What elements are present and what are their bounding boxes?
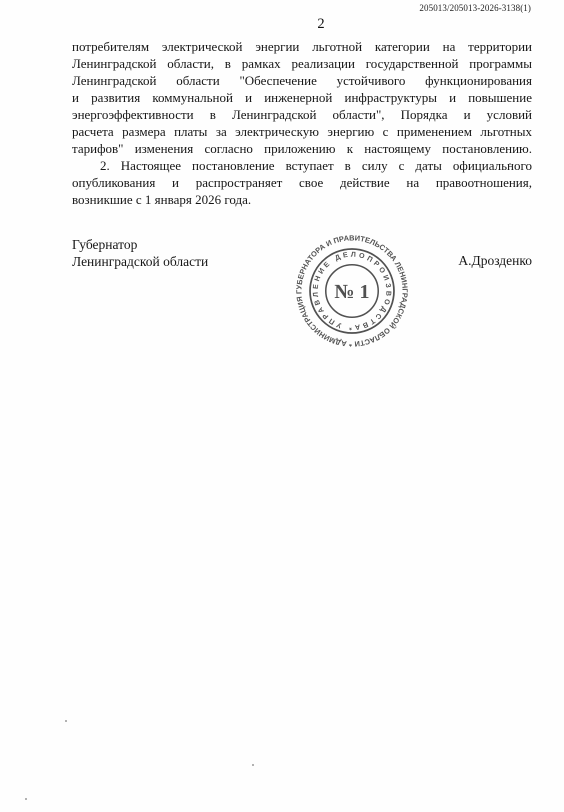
scan-speck	[65, 720, 67, 722]
signature-position-line1: Губернатор	[72, 236, 208, 253]
scan-speck	[25, 798, 27, 800]
text-line: и развития коммунальной и инженерной инф…	[72, 89, 532, 106]
text-line: потребителям электрической энергии льгот…	[72, 38, 532, 55]
text-line: Ленинградской области "Обеспечение устой…	[72, 72, 532, 89]
text-line: Ленинградской области, в рамках реализац…	[72, 55, 532, 72]
stamp-center-number: № 1	[334, 281, 369, 303]
signature-position-line2: Ленинградской области	[72, 253, 208, 270]
scan-speck	[252, 764, 254, 766]
body-paragraph-2: 2. Настоящее постановление вступает в си…	[72, 157, 532, 208]
signature-position-block: Губернатор Ленинградской области	[72, 236, 208, 270]
signatory-name: А.Дрозденко	[458, 253, 532, 269]
page-number: 2	[301, 16, 341, 33]
text-line: опубликования и распространяет свое дейс…	[72, 174, 532, 191]
document-page: 205013/205013-2026-3138(1) 2 потребителя…	[0, 0, 564, 812]
scan-speck	[509, 163, 511, 165]
text-line: энергоэффективности в Ленинградской обла…	[72, 106, 532, 123]
official-round-stamp-icon: * АДМИНИСТРАЦИЯ ГУБЕРНАТОРА И ПРАВИТЕЛЬС…	[290, 229, 414, 353]
body-paragraph-1: потребителям электрической энергии льгот…	[72, 38, 532, 157]
document-registration-number: 205013/205013-2026-3138(1)	[419, 3, 531, 13]
text-line: 2. Настоящее постановление вступает в си…	[72, 157, 532, 174]
text-line: тарифов" изменения согласно приложению к…	[72, 140, 532, 157]
text-line: возникшие с 1 января 2026 года.	[72, 191, 532, 208]
text-line: расчета размера платы за электрическую э…	[72, 123, 532, 140]
